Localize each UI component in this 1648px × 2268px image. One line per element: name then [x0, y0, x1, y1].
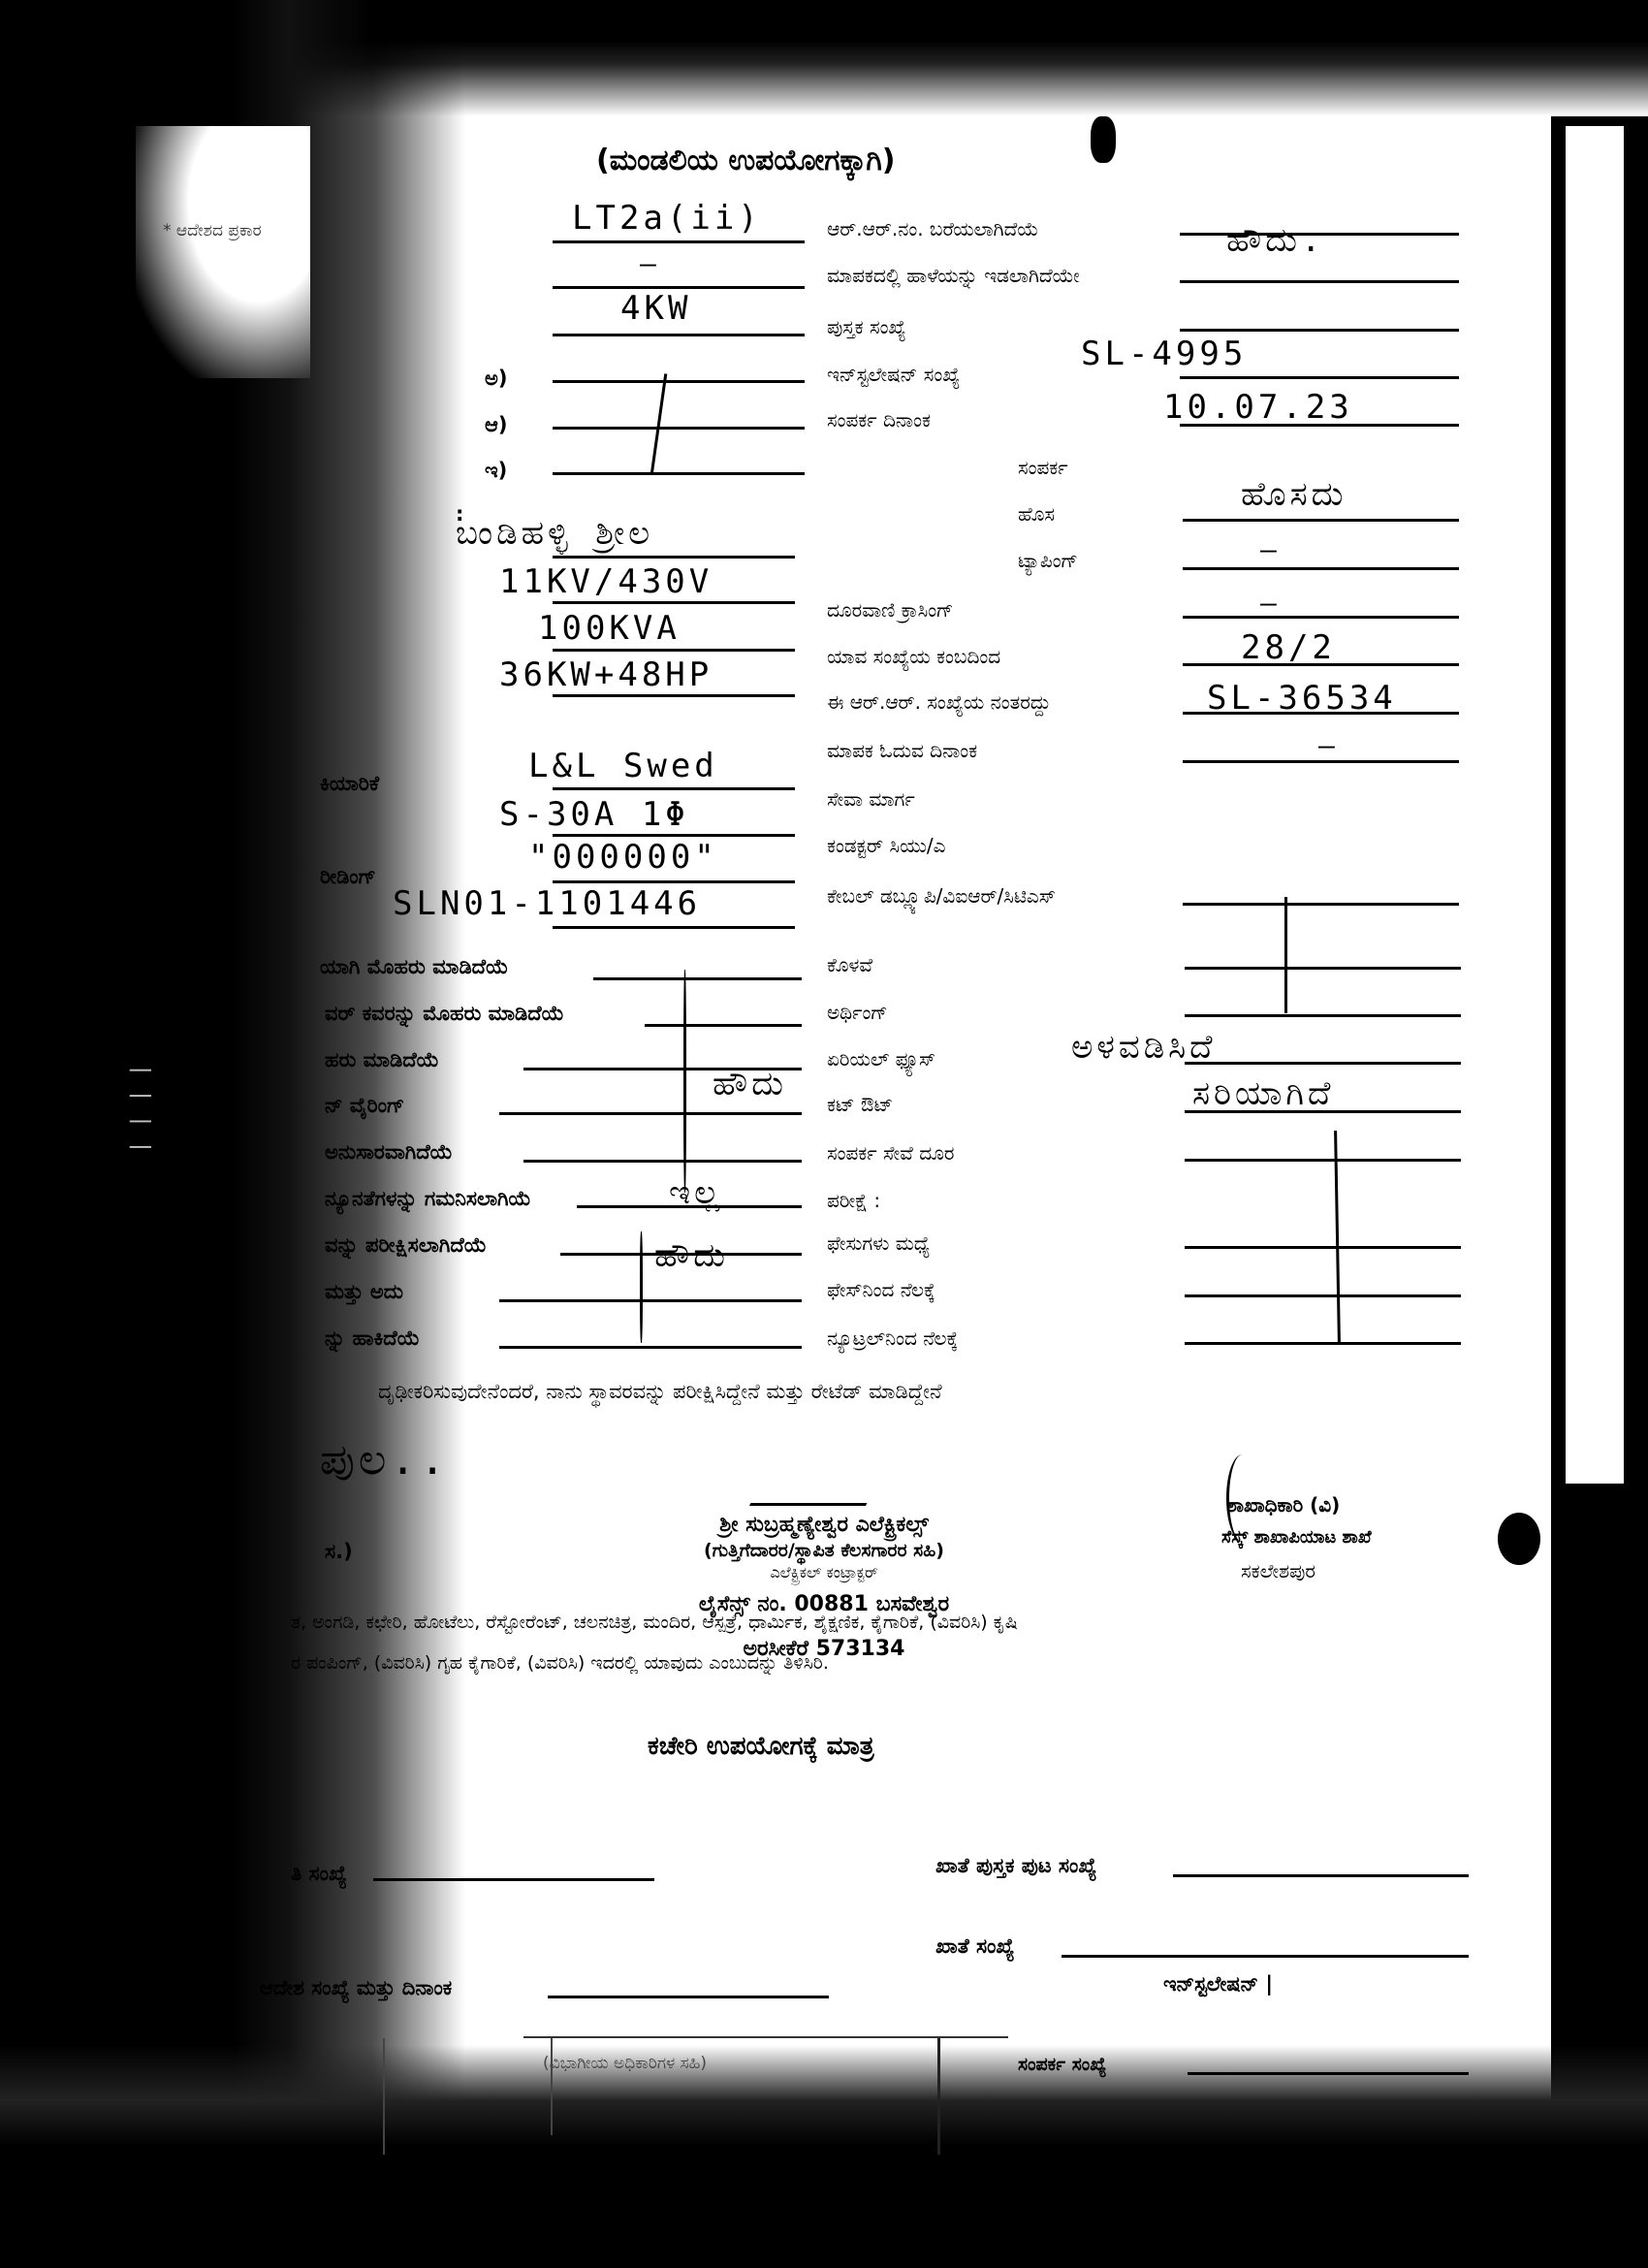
value-service: S-30A 1Φ [499, 795, 689, 834]
label-row-i: ಇ) [485, 459, 507, 483]
label-read-date: ಮಾಪಕ ಓದುವ ದಿನಾಂಕ [827, 739, 977, 762]
partial-left-header: * ಆದೇಶದ ಪ್ರಕಾರ [163, 221, 262, 240]
value-aerial-fuse: ಅಳವಡಿಸಿದೆ [1071, 1028, 1217, 1067]
certification-text: ದೃಢೀಕರಿಸುವುದೇನೆಂದರೆ, ನಾನು ಸ್ಥಾವರವನ್ನು ಪರ… [378, 1380, 942, 1404]
value-dash: — [640, 247, 659, 279]
contractor-stamp-line2: (ಗುತ್ತಿಗೆದಾರರ/ಸ್ಥಾಪಿತ ಕೆಲಸಗಾರರ ಸಹಿ) [620, 1540, 1028, 1561]
label-and-it: ಮತ್ತು ಅದು [325, 1280, 403, 1304]
label-field-no: ತಿ ಸಂಖ್ಯೆ [291, 1862, 347, 1886]
label-rr-written: ಆರ್.ಆರ್.ನಂ. ಬರೆಯಲಾಗಿದೆಯೆ [827, 217, 1039, 240]
label-tested: ವನ್ನು ಪರೀಕ್ಷಿಸಲಾಗಿದೆಯೆ [325, 1233, 487, 1258]
scanned-form-page: (ಮಂಡಲಿಯ ಉಪಯೋಗಕ್ಕಾಗಿ) * ಆದೇಶದ ಪ್ರಕಾರ ಅ) ಆ… [0, 0, 1648, 2268]
label-sealed-3: ಹರು ಮಾಡಿದೆಯೆ [325, 1048, 439, 1072]
handwritten-mark-earth [1284, 897, 1287, 1013]
label-installed: ನ್ನು ಹಾಕಿದೆಯೆ [325, 1326, 420, 1351]
label-test: ಪರೀಕ್ಷೆ : [827, 1189, 880, 1212]
value-new: ಹೊಸದು [1241, 475, 1347, 514]
account-no-line[interactable] [1062, 1955, 1469, 1958]
ink-seal-dot [1498, 1513, 1540, 1565]
label-conductor: ಕಂಡಕ್ಟರ್ ಸಿಯು/ಎ [827, 834, 945, 857]
value-pole-no: 28/2 [1241, 628, 1336, 667]
contractor-stamp-line3: ಎಲೆಕ್ಟ್ರಿಕಲ್ ಕಂಟ್ರಾಕ್ಟರ್ [620, 1563, 1028, 1582]
side-margin-text: | | | | [114, 1067, 153, 1231]
value-cut-out: ಸರಿಯಾಗಿದೆ [1192, 1074, 1334, 1113]
field-no-line[interactable] [373, 1878, 654, 1881]
label-sealed-2: ವರ್ ಕವರನ್ನು ಮೊಹರು ಮಾಡಿದೆಯೆ [325, 1002, 564, 1026]
value-read-date: — [1318, 729, 1338, 761]
office-use-title: ಕಚೇರಿ ಉಪಯೋಗಕ್ಕೆ ಮಾತ್ರ [648, 1732, 874, 1762]
value-meter-no: 11KV/430V [499, 562, 713, 601]
value-rr-written: ಹೌದು. [1226, 221, 1324, 260]
value-reading: "000000" [528, 838, 718, 877]
label-pipe: ಕೊಳವೆ [827, 953, 872, 976]
ink-mark [1091, 116, 1116, 163]
category-line-1: ತ, ಅಂಗಡಿ, ಕಛೇರಿ, ಹೋಟೆಲು, ರೆಸ್ಟೋರೆಂಟ್, ಚಲ… [291, 1612, 1018, 1633]
value-capacity: 100KVA [538, 609, 681, 648]
box-signature-caption: (ವಿಭಾಗೀಯ ಅಧಿಕಾರಿಗಳ ಸಹಿ) [543, 2054, 707, 2073]
value-crossing: — [1260, 587, 1280, 619]
label-book-no: ಪುಸ್ತಕ ಸಂಖ್ಯೆ [827, 315, 906, 338]
label-phase-to-earth: ಫೇಸ್‌ನಿಂದ ನೆಲಕ್ಕೆ [827, 1278, 935, 1301]
label-service-distance: ಸಂಪರ್ಕ ಸೇವೆ ದೂರ [827, 1141, 954, 1165]
order-no-line[interactable] [548, 1996, 829, 1998]
officer-stamp-line1: ಶಾಖಾಧಿಕಾರಿ (ವಿ) [1226, 1493, 1340, 1517]
ledger-page-line[interactable] [1173, 1874, 1469, 1877]
scan-light-patch [136, 126, 310, 378]
label-connection-no: ಸಂಪರ್ಕ ಸಂಖ್ಯೆ [1018, 2054, 1106, 2075]
value-after-rr: SL-36534 [1207, 679, 1397, 718]
value-meter-make: L&L Swed [528, 747, 718, 785]
label-phone-crossing: ದೂರವಾಣಿ ಕ್ರಾಸಿಂಗ್ [827, 598, 953, 622]
value-load-detail: 36KW+48HP [499, 655, 713, 694]
officer-stamp-line3: ಸಕಲೇಶಪುರ [1241, 1559, 1315, 1582]
value-checked-yes-2: ಹೌದು [654, 1236, 729, 1275]
handwritten-strike [650, 373, 668, 474]
label-defects: ನ್ಯೂನತೆಗಳನ್ನು ಗಮನಿಸಲಾಗಿಯೆ [325, 1187, 531, 1211]
value-installation-no: SL-4995 [1081, 335, 1247, 373]
value-ref-no: SLN01-1101446 [393, 884, 701, 923]
label-connection: ಸಂಪರ್ಕ [1018, 456, 1068, 479]
signature-inspector: ಪುಲ.. [320, 1435, 449, 1485]
value-checked-no: ಇಲ್ಲ [669, 1173, 723, 1212]
category-line-2: ರ ಪಂಪಿಂಗ್, (ವಿವರಿಸಿ) ಗೃಹ ಕೈಗಾರಿಕೆ, (ವಿವರ… [291, 1652, 829, 1674]
label-aerial-fuse: ಏರಿಯಲ್ ಫ್ಯೂಸ್ [827, 1047, 935, 1070]
label-tapping: ಟ್ಯಾಪಿಂಗ್ [1018, 549, 1078, 572]
label-order-no-date: ಆದೇಶ ಸಂಖ್ಯೆ ಮತ್ತು ದಿನಾಂಕ [260, 1976, 452, 2000]
contractor-stamp-line1: ಶ್ರೀ ಸುಬ್ರಹ್ಮಣ್ಯೇಶ್ವರ ಎಲೆಕ್ಟ್ರಿಕಲ್ಸ್ [620, 1513, 1028, 1537]
value-tariff: LT2a(ii) [572, 199, 762, 238]
connection-no-line[interactable] [1188, 2072, 1469, 2075]
label-installation-no: ಇನ್‌ಸ್ಟಲೇಷನ್ ಸಂಖ್ಯೆ [827, 363, 960, 386]
signature-inspector-tag: ಸ.) [325, 1540, 353, 1564]
label-earthing: ಅರ್ಥಿಂಗ್ [827, 1001, 888, 1024]
label-service-line: ಸೇವಾ ಮಾರ್ಗ [827, 787, 915, 811]
form-title: (ಮಂಡಲಿಯ ಉಪಯೋಗಕ್ಕಾಗಿ) [596, 144, 896, 177]
label-sealed-1: ಯಾಗಿ ಮೊಹರು ಮಾಡಿದೆಯೆ [320, 955, 508, 979]
label-cable: ಕೇಬಲ್ ಡಬ್ಲ್ಯೂಪಿ/ವಿಐಆರ್/ಸಿಟಿಎಸ್ [827, 884, 1056, 908]
label-wiring: ನ್ ವೈರಿಂಗ್ [325, 1094, 404, 1118]
handwritten-mark-tests [1334, 1131, 1341, 1344]
value-connection-date: 10.07.23 [1163, 388, 1353, 427]
label-reading: ರೀಡಿಂಗ್ [320, 865, 376, 889]
paper-flap-right [1563, 126, 1624, 1484]
label-neutral-to-earth: ನ್ಯೂಟ್ರಲ್‌ನಿಂದ ನೆಲಕ್ಕೆ [827, 1326, 958, 1350]
officer-stamp-line2: ಸೆಸ್ಕ್ ಶಾಖಾಪಿಯಾಟ ಶಾಖೆ [1221, 1527, 1372, 1548]
value-checked-yes: ಹೌದು [713, 1065, 787, 1103]
label-new: ಹೊಸ [1018, 502, 1055, 526]
label-conforms: ಅನುಸಾರವಾಗಿದೆಯೆ [325, 1140, 453, 1165]
label-cut-out: ಕಟ್ ಔಟ್ [827, 1093, 893, 1116]
signature-contractor [749, 1435, 899, 1506]
label-installation: ಇನ್‌ಸ್ಟಲೇಷನ್ | [1163, 1972, 1273, 1996]
label-after-rr: ಈ ಆರ್.ಆರ್. ಸಂಖ್ಯೆಯ ನಂತರದ್ದು [827, 690, 1051, 714]
label-ledger-page: ಖಾತೆ ಪುಸ್ತಕ ಪುಟ ಸಂಖ್ಯೆ [935, 1854, 1096, 1878]
value-address: ಬಂಡಿಹಳ್ಳಿ ಶ್ರೀಲ [456, 514, 653, 553]
value-load: 4KW [620, 289, 691, 328]
label-row-aa: ಆ) [485, 413, 507, 437]
label-pole-no: ಯಾವ ಸಂಖ್ಯೆಯ ಕಂಬದಿಂದ [827, 645, 1000, 668]
scan-shadow-bottom [0, 2045, 1648, 2268]
value-tapping: — [1260, 533, 1280, 565]
label-between-phases: ಫೇಸುಗಳು ಮಧ್ಯೆ [827, 1231, 930, 1255]
label-connection-date: ಸಂಪರ್ಕ ದಿನಾಂಕ [827, 408, 931, 431]
label-meter-sheet: ಮಾಪಕದಲ್ಲಿ ಹಾಳೆಯನ್ನು ಇಡಲಾಗಿದೆಯೇ [827, 264, 1080, 287]
handwritten-brace-2 [640, 1231, 643, 1343]
label-account-no: ಖಾತೆ ಸಂಖ್ಯೆ [935, 1934, 1014, 1959]
handwritten-brace [683, 970, 686, 1193]
label-contractor: ಕಿಯಾರಿಕೆ [320, 772, 379, 796]
label-row-a: ಅ) [485, 367, 507, 391]
